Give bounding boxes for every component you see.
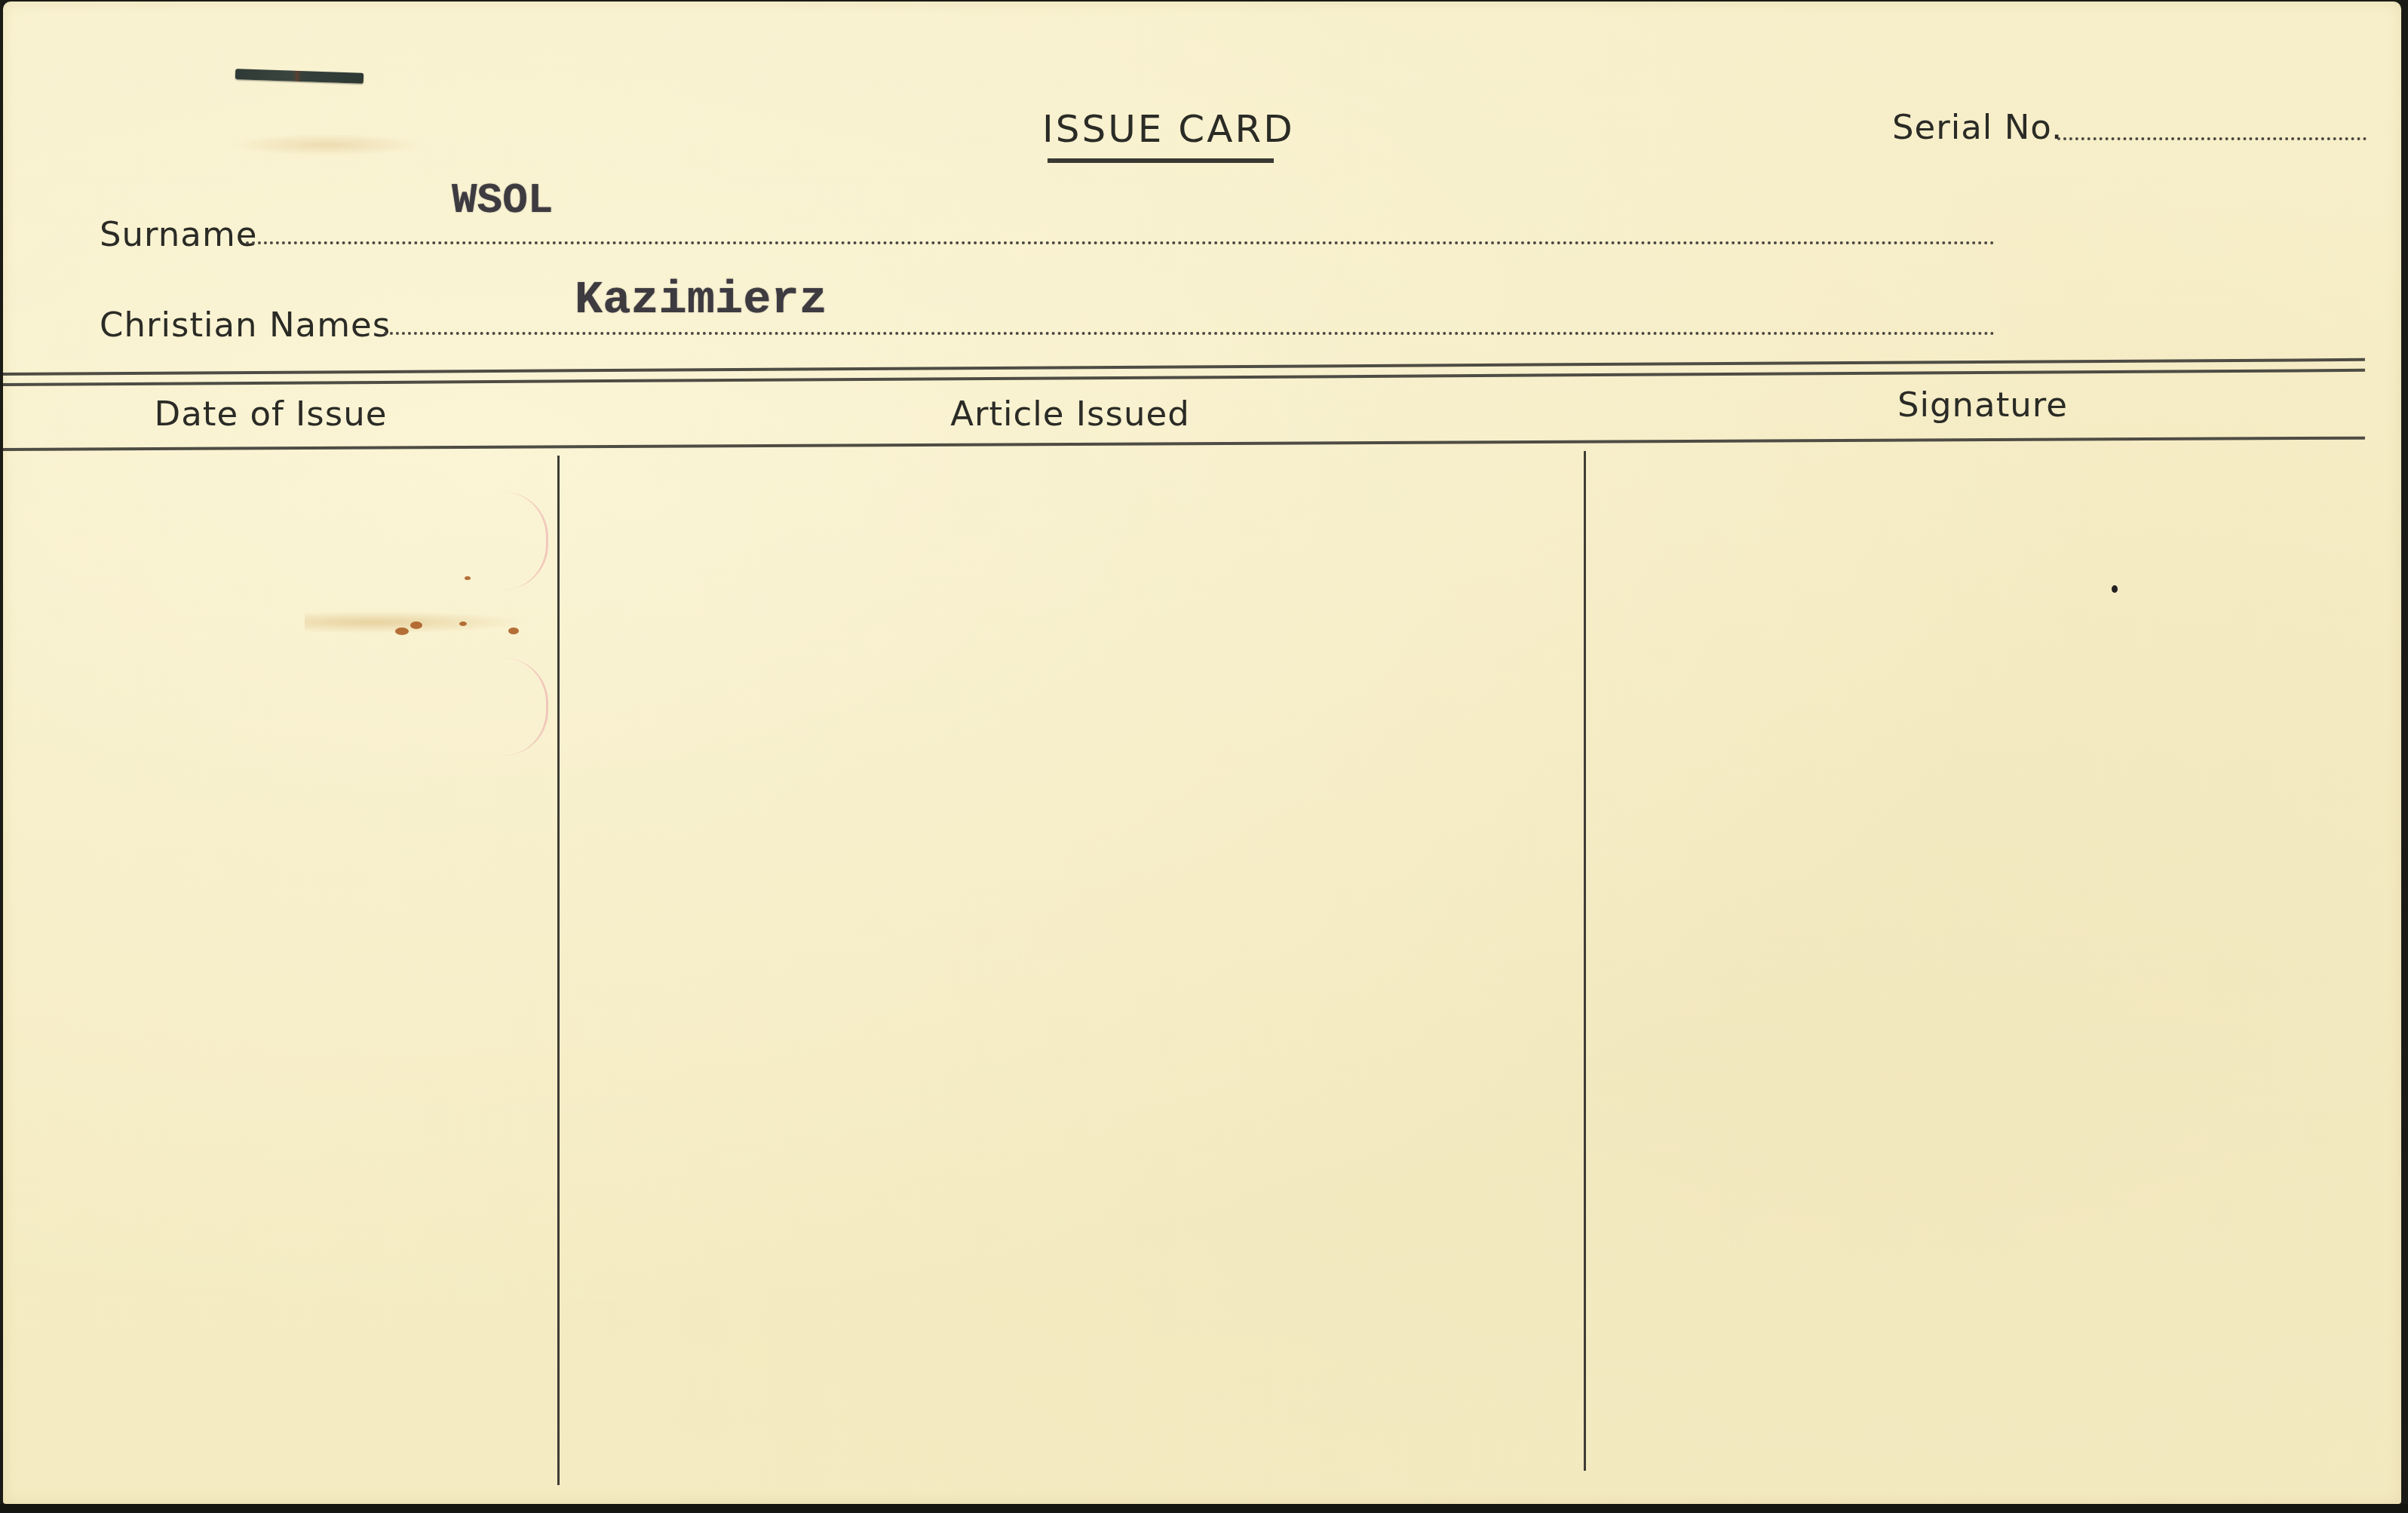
rust-spot [465,576,471,580]
card-title: ISSUE CARD [1042,107,1295,151]
title-underline [1048,158,1274,163]
serial-no-field [2057,137,2367,140]
surname-label: Surname [100,214,257,254]
column-header-signature: Signature [1896,385,2069,425]
pink-pencil-mark [486,492,548,590]
column-divider-1 [557,456,560,1485]
rust-spot [410,621,422,629]
rust-spot [459,621,467,626]
rust-spot [508,628,519,634]
header-rule [3,437,2365,451]
column-header-article-issued: Article Issued [942,394,1198,434]
ink-speck [2112,585,2118,593]
scan-edge [0,1504,2408,1513]
christian-names-value: Kazimierz [575,273,827,327]
column-header-date-of-issue: Date of Issue [154,394,388,434]
pink-pencil-mark [486,658,548,756]
column-divider-2 [1584,451,1586,1471]
surname-dotted-line [246,241,1995,244]
surname-value: WSOL [452,176,553,225]
issue-card: ISSUE CARD Serial No. Surname WSOL Chris… [3,2,2401,1504]
christian-names-label: Christian Names [100,305,391,345]
serial-no-label: Serial No. [1892,107,2063,147]
staple-mark [235,69,364,84]
rust-spot [395,628,409,635]
rust-stain [229,133,425,156]
christian-names-dotted-line [384,332,1995,335]
